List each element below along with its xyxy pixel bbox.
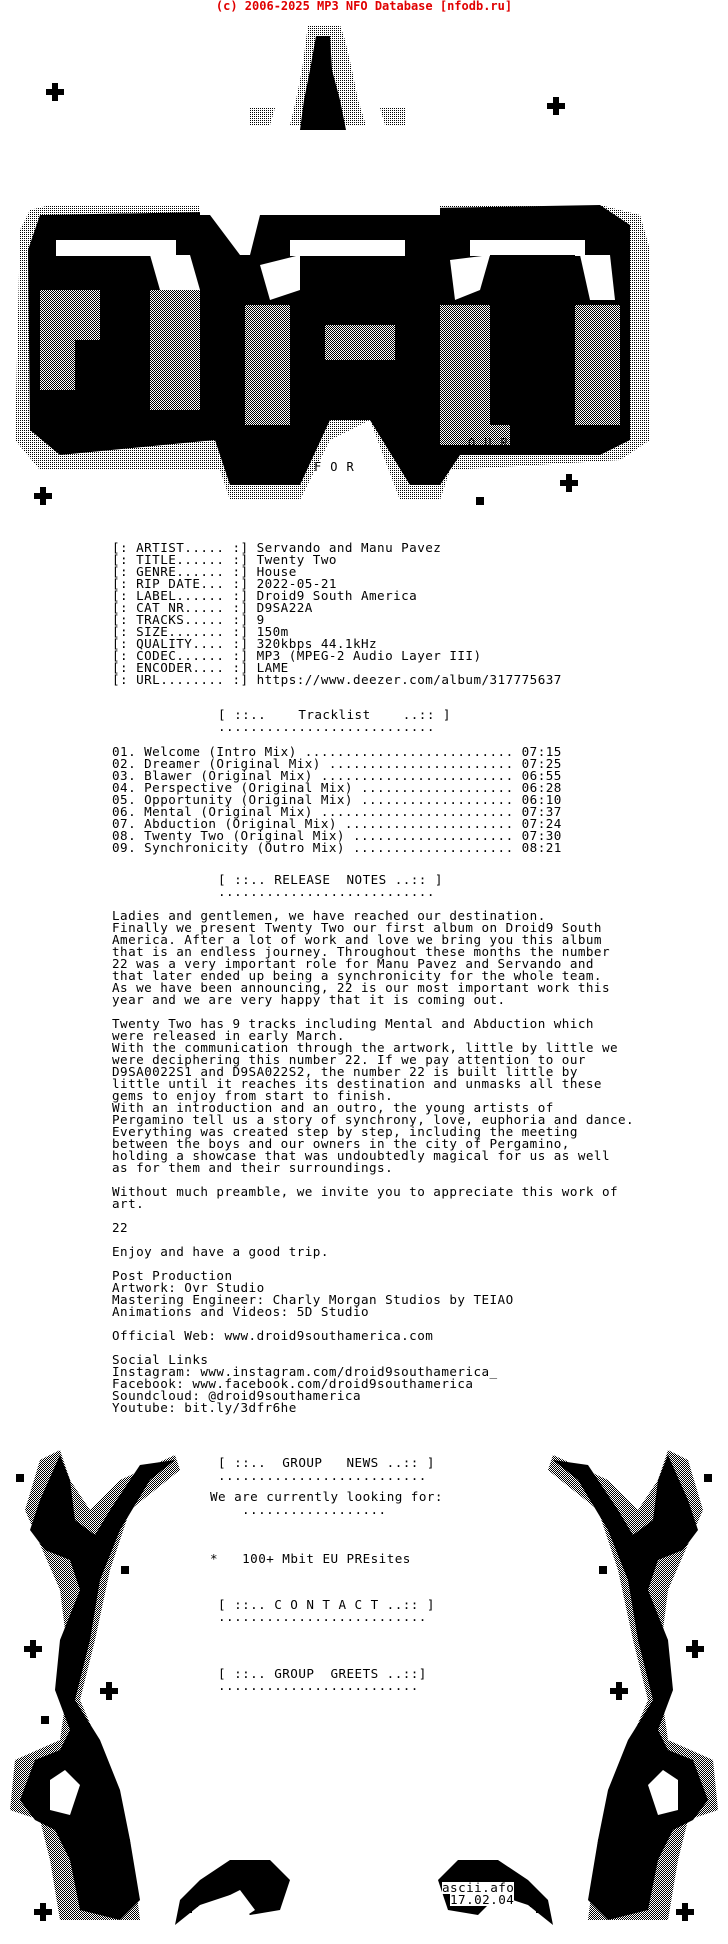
- news-item: * 100+ Mbit EU PREsites: [210, 1553, 411, 1565]
- release-notes-body: Ladies and gentlemen, we have reached ou…: [112, 910, 634, 1414]
- release-info: [: ARTIST..... :] Servando and Manu Pave…: [112, 542, 562, 686]
- tagline-alone: ALONE: [73, 436, 154, 450]
- group-news-underline: ..........................: [218, 1470, 427, 1482]
- tracklist: 01. Welcome (Intro Mix) ................…: [112, 746, 562, 854]
- contact-underline: ..........................: [218, 1611, 427, 1623]
- release-notes-underline: ...........................: [218, 886, 435, 898]
- tracklist-underline: ...........................: [218, 721, 435, 733]
- tagline-for: FOR: [314, 460, 363, 474]
- tagline-ourselves: OURSELVES: [468, 436, 614, 450]
- looking-for-underline: ..................: [242, 1504, 387, 1516]
- ascii-date: 17.02.04: [450, 1894, 514, 1906]
- greets-underline: .........................: [218, 1680, 419, 1692]
